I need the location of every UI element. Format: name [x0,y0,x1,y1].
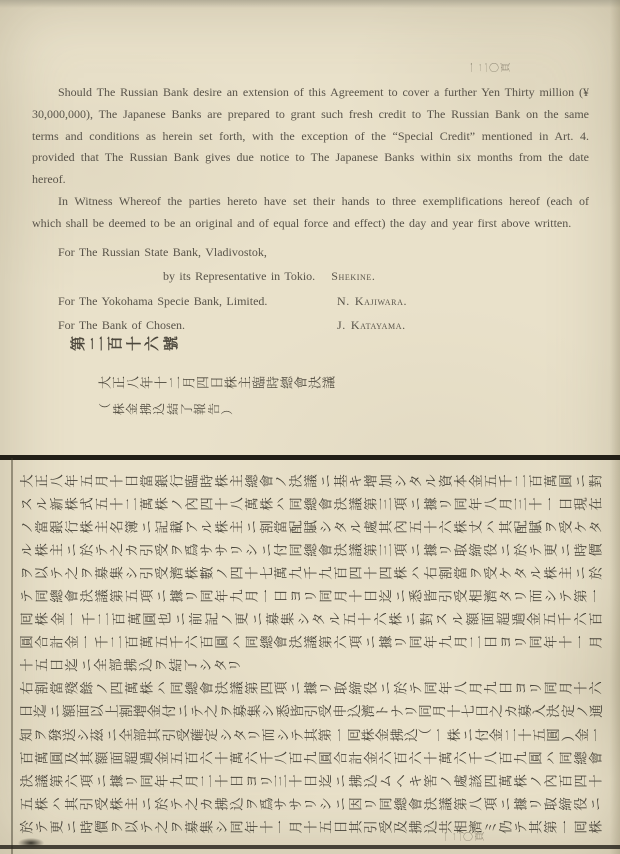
signature-name: Shekine. [331,269,375,283]
signature-row-yokohama-specie-bank: For The Yokohama Specie Bank, Limited. N… [32,291,589,316]
japanese-body-row: 右割當殘餘ノ四萬株ハ同總會決議第四項ニ據リ取締役ニ於テ同年八月九日ヨリ同月十六 [18,677,602,700]
signature-party: by its Representative in Tokio. [163,269,315,283]
signature-row-russian-bank: For The Russian State Bank, Vladivostok, [32,242,589,267]
japanese-resolution-subtitle: （株金拂込結了報告） [98,401,234,417]
rotated-char: 一 [585,727,605,741]
rotated-char: 頁 [497,62,512,73]
japanese-body-row: 決議第六項ニ據リ同年九月二十日ヨリ三十日迄ニ拂込ムヘキ筈ノ處該四萬株ノ內百四十 [18,769,602,792]
rotated-char: 百 [107,334,126,353]
japanese-document-number: 第二百十六號 [70,334,181,353]
english-agreement-section: Should The Russian Bank desire an extens… [32,82,589,340]
rotated-char: ニ [584,796,604,811]
japanese-body-row: 圓合計金一千二百萬五千六百圓ハ同總會決議第六項ニ據リ同年九月二日ヨリ同年十一月 [18,631,602,654]
rotated-char: 號 [162,334,181,353]
japanese-body-row: 五株ハ其引受株主ニ於テ之カ拂込ヲ爲ササリシニ因リ同總會決議第八項ニ據リ取締役ニ [18,792,602,815]
rotated-char: 議 [321,376,338,390]
signature-name: N. Kajiwara. [337,291,407,313]
rotated-char: 頁 [471,831,486,842]
agreement-paragraph-extension: Should The Russian Bank desire an extens… [32,82,589,191]
japanese-body: 大正八年五月十日當銀行臨時株主總會ノ決議ニ基キ增加シタル資本金五千二百萬圓ニ對ス… [18,469,602,839]
rotated-char: 於 [584,565,604,580]
scan-left-crease [11,458,13,854]
japanese-body-row: ヲ以テ之ヲ募集シ引受濟株數ノ四十七萬九千九百四十四株ハ右割當ヲ受ケタル株主ニ於 [18,561,602,584]
signature-party: For The Russian State Bank, Vladivostok, [58,245,267,259]
horizontal-rule-bottom [0,845,620,849]
page-number-bottom: 一二〇頁 [440,829,484,844]
rotated-char: 百 [585,611,605,626]
japanese-body-row: 大正八年五月十日當銀行臨時株主總會ノ決議ニ基キ增加シタル資本金五千二百萬圓ニ對 [18,469,602,492]
japanese-body-row: スル新株式五十二萬株ノ內四十八萬株ハ同總會決議第三項ニ據リ同年八月三十一日現在 [18,492,602,515]
rotated-char: 株 [584,819,604,834]
japanese-body-row: ル株主ニ於テ之カ引受ヲ爲ササリシニ付同總會決議第三項ニ據リ取締役ニ於テ更ニ時價 [18,538,602,561]
rotated-char: 二 [88,334,107,353]
signature-block: For The Russian State Bank, Vladivostok,… [32,242,589,340]
japanese-resolution-title: 大正八年十二月四日株主臨時總會決議 [98,374,336,391]
japanese-body-row: ノ當銀行株主名簿ニ記載アル株主ニ割當配賦シタル處其內五十六株丈ハ其配賦ヲ受ケタ [18,515,602,538]
page-number-top: 一二〇頁 [466,60,510,75]
rotated-char: タ [584,519,604,534]
scan-top-edge [0,0,620,8]
japanese-body-row: 於テ更ニ時價ヲ以テ之ヲ募集シ同年十一月十五日其引受及拂込共相濟ミ仍テ其第一囘株 [18,815,602,838]
signature-party: For The Bank of Chosen. [58,318,185,332]
scan-right-edge-shadow [610,0,620,854]
rotated-char: 對 [584,473,604,488]
japanese-body-row: テ同總會決議第五項ニ據リ同年九月一日ヨリ同月十日迄ニ悉皆引受相濟タリ而シテ第一 [18,584,602,607]
horizontal-rule-middle [0,455,620,460]
rotated-char: 通 [585,704,605,718]
japanese-body-row: 囘株金一千二百萬圓也ニ前記ノ更ニ募集シタル五十六株ニ對スル額面超過金五千六百 [18,608,602,631]
rotated-char: リ [224,658,244,673]
rotated-char: 一 [584,589,604,604]
japanese-body-row: 日迄ニ額面以上割增金付ニテ之ヲ募集シ悉皆引受申込濟トナリ同月十七日之カ募入決定ノ… [18,700,602,723]
rotated-char: 在 [584,496,604,511]
rotated-char: 會 [584,750,604,765]
signature-name: J. Katayama. [337,315,406,337]
rotated-char: 六 [584,681,604,696]
agreement-paragraph-witness: In Witness Whereof the parties hereto ha… [32,191,589,235]
japanese-body-row: 百萬圓及其額面超過金五百六十萬六千八百九圓合計金六百六十萬六千八百九圓ハ同總會 [18,746,602,769]
rotated-char: 月 [584,635,604,650]
rotated-char: 價 [584,542,604,557]
rotated-char: ） [219,402,235,416]
rotated-char: 第 [70,334,89,353]
rotated-char: 十 [125,334,144,353]
signature-party: For The Yokohama Specie Bank, Limited. [58,294,267,308]
japanese-body-row: 知ヲ發送シ茲ニ全部其引受確定シタリ而シテ其第一囘株金拂込（一株ニ付金二十五圓）金… [18,723,602,746]
signature-row-representative: by its Representative in Tokio.Shekine. [32,266,589,291]
rotated-char: 十 [584,773,604,788]
japanese-body-row: 十五日迄ニ全部拂込ヲ結了シタリ [18,654,602,677]
rotated-char: 六 [144,334,163,353]
